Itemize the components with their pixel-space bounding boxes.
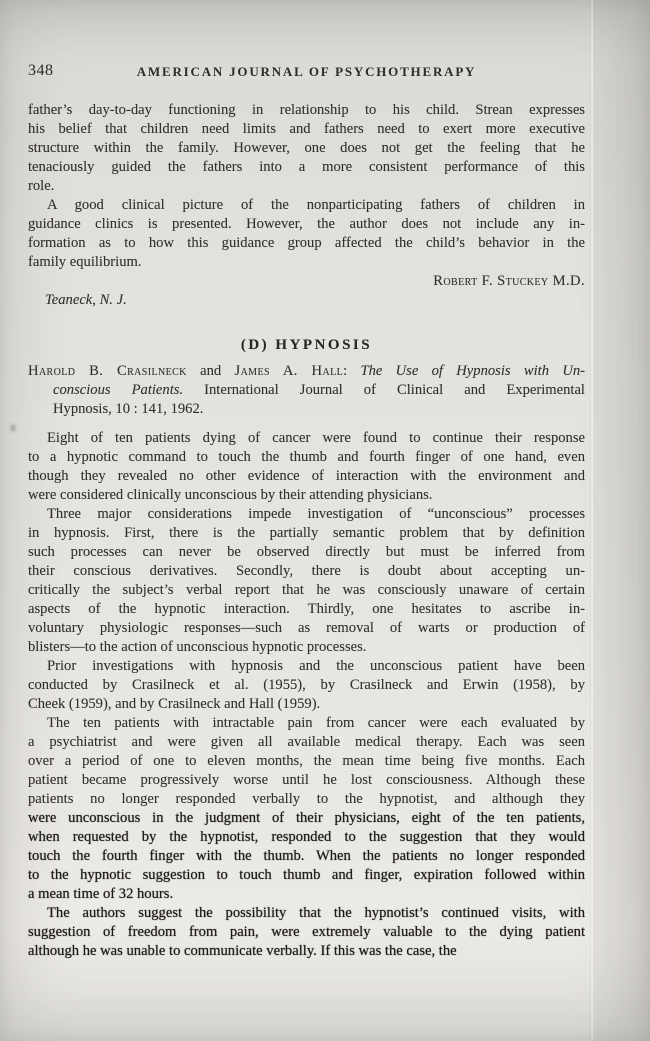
journal-title: AMERICAN JOURNAL OF PSYCHOTHERAPY xyxy=(28,62,585,80)
text-line: conscious Patients. International Journa… xyxy=(28,381,585,400)
abstract-paragraph-5: The authors suggest the possibility that… xyxy=(28,904,585,961)
text-segment: and xyxy=(187,363,235,379)
text-line: The ten patients with intractable pain f… xyxy=(28,714,585,733)
text-line: formation as to how this guidance group … xyxy=(28,234,585,253)
scan-speck xyxy=(10,424,16,432)
text-line: critically the subject’s verbal report t… xyxy=(28,581,585,600)
citation: Harold B. Crasilneck and James A. Hall: … xyxy=(28,362,585,419)
text-line: suggestion of freedom from pain, were ex… xyxy=(28,923,585,942)
section-heading: (D) HYPNOSIS xyxy=(28,336,585,355)
text-line: patients no longer responded verbally to… xyxy=(28,790,585,809)
text-line: tenaciously guided the fathers into a mo… xyxy=(28,158,585,177)
text-line: their conscious derivatives. Secondly, t… xyxy=(28,562,585,581)
text-line: to a hypnotic command to touch the thumb… xyxy=(28,448,585,467)
text-line: a psychiatrist and were given all availa… xyxy=(28,733,585,752)
text-line: his belief that children need limits and… xyxy=(28,120,585,139)
text-line: Hypnosis, 10 : 141, 1962. xyxy=(28,400,585,419)
text-line: in hypnosis. First, there is the partial… xyxy=(28,524,585,543)
reviewer-location: Teaneck, N. J. xyxy=(45,292,127,308)
text-line: a mean time of 32 hours. xyxy=(28,885,585,904)
text-line: over a period of one to eleven months, t… xyxy=(28,752,585,771)
page-edge-shadow xyxy=(594,0,650,1041)
abstract-paragraph-3: Prior investigations with hypnosis and t… xyxy=(28,657,585,714)
abstract-paragraph-2: Three major considerations impede invest… xyxy=(28,505,585,657)
text-segment: conscious Patients. xyxy=(53,382,183,398)
text-line: Harold B. Crasilneck and James A. Hall: … xyxy=(28,362,585,381)
text-line: such processes can never be observed dir… xyxy=(28,543,585,562)
text-line: were unconscious in the judgment of thei… xyxy=(28,809,585,828)
running-header: 348 AMERICAN JOURNAL OF PSYCHOTHERAPY xyxy=(28,62,585,82)
text-line: to the hypnotic suggestion to touch thum… xyxy=(28,866,585,885)
scanned-journal-page: 348 AMERICAN JOURNAL OF PSYCHOTHERAPY fa… xyxy=(0,0,650,1041)
text-line: were considered clinically unconscious b… xyxy=(28,486,585,505)
reviewer-name: Robert F. Stuckey M.D. xyxy=(433,273,585,289)
text-line: Prior investigations with hypnosis and t… xyxy=(28,657,585,676)
text-line: The authors suggest the possibility that… xyxy=(28,904,585,923)
text-line: A good clinical picture of the nonpartic… xyxy=(28,196,585,215)
review-continuation-paragraph: father’s day-to-day functioning in relat… xyxy=(28,101,585,196)
page-number: 348 xyxy=(28,62,54,80)
text-line: when requested by the hypnotist, respond… xyxy=(28,828,585,847)
text-column: father’s day-to-day functioning in relat… xyxy=(28,101,585,961)
text-line: aspects of the hypnotic interaction. Thi… xyxy=(28,600,585,619)
review-summary-paragraph: A good clinical picture of the nonpartic… xyxy=(28,196,585,272)
page-edge-crease xyxy=(590,0,594,1041)
text-line: structure within the family. However, on… xyxy=(28,139,585,158)
text-line: voluntary physiologic responses—such as … xyxy=(28,619,585,638)
reviewer-location-line: Teaneck, N. J. xyxy=(28,291,585,310)
text-line: family equilibrium. xyxy=(28,253,585,272)
text-segment: The Use of Hypnosis with Un- xyxy=(360,363,585,379)
text-line: although he was unable to communicate ve… xyxy=(28,942,585,961)
text-line: touch the fourth finger with the thumb. … xyxy=(28,847,585,866)
text-segment: International Journal of Clinical and Ex… xyxy=(183,382,585,398)
text-line: patient became progressively worse until… xyxy=(28,771,585,790)
text-segment: : xyxy=(343,363,360,379)
text-line: role. xyxy=(28,177,585,196)
reviewer-signature-line: Robert F. Stuckey M.D. xyxy=(28,272,585,291)
text-line: conducted by Crasilneck et al. (1955), b… xyxy=(28,676,585,695)
text-line: blisters—to the action of unconscious hy… xyxy=(28,638,585,657)
abstract-paragraph-1: Eight of ten patients dying of cancer we… xyxy=(28,429,585,505)
text-line: though they revealed no other evidence o… xyxy=(28,467,585,486)
abstract-paragraph-4: The ten patients with intractable pain f… xyxy=(28,714,585,904)
text-line: father’s day-to-day functioning in relat… xyxy=(28,101,585,120)
text-line: Cheek (1959), and by Crasilneck and Hall… xyxy=(28,695,585,714)
text-segment: James A. Hall xyxy=(234,363,343,379)
text-line: guidance clinics is presented. However, … xyxy=(28,215,585,234)
text-line: Three major considerations impede invest… xyxy=(28,505,585,524)
text-line: Eight of ten patients dying of cancer we… xyxy=(28,429,585,448)
text-segment: Harold B. Crasilneck xyxy=(28,363,187,379)
